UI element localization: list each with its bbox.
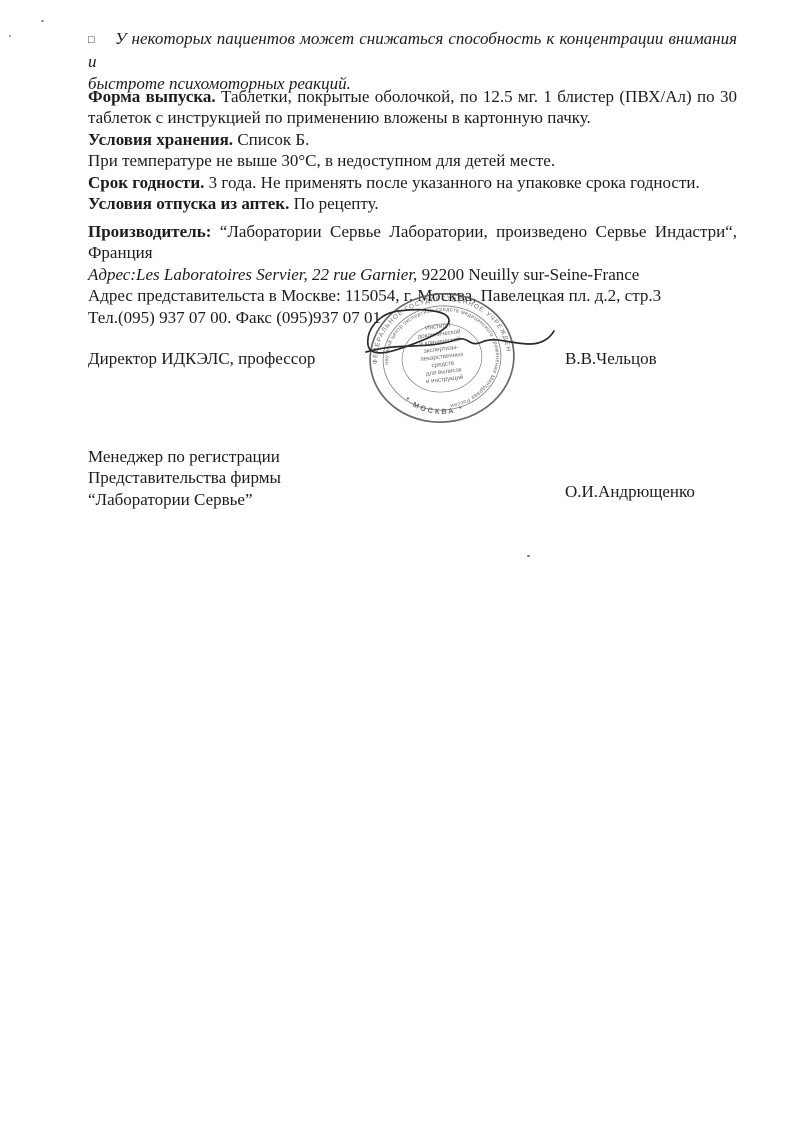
form-line-2: таблеток с инструкцией по применению вло… xyxy=(88,107,737,128)
producer-line-2: Франция xyxy=(88,242,737,263)
temperature-line: При температуре не выше 30°С, в недоступ… xyxy=(88,150,737,171)
form-label: Форма выпуска. xyxy=(88,87,216,106)
manager-title-1: Менеджер по регистрации xyxy=(88,446,737,467)
shelf-life-label: Срок годности. xyxy=(88,173,204,192)
dispense-label: Условия отпуска из аптек. xyxy=(88,194,289,213)
dispense-text: По рецепту. xyxy=(294,194,379,213)
square-bullet-icon: □ xyxy=(88,30,115,51)
storage-label: Условия хранения. xyxy=(88,130,233,149)
precaution-text-1: У некоторых пациентов может снижаться сп… xyxy=(88,29,737,71)
form-line-1: Форма выпуска. Таблетки, покрытые оболоч… xyxy=(88,86,737,107)
dispense-line: Условия отпуска из аптек. По рецепту. xyxy=(88,193,737,214)
storage-text: Список Б. xyxy=(237,130,309,149)
precaution-paragraph: □У некоторых пациентов может снижаться с… xyxy=(88,28,737,94)
shelf-life-text: 3 года. Не применять после указанного на… xyxy=(209,173,700,192)
stamp-body: ФЕДЕРАЛЬНОЕ ГОСУДАРСТВЕННОЕ УЧРЕЖДЕНИЕ н… xyxy=(330,278,521,436)
shelf-life-line: Срок годности. 3 года. Не применять посл… xyxy=(88,172,737,193)
scan-speck xyxy=(9,35,11,37)
storage-line: Условия хранения. Список Б. xyxy=(88,129,737,150)
precaution-line-1: □У некоторых пациентов может снижаться с… xyxy=(88,28,737,73)
director-name: В.В.Чельцов xyxy=(565,348,657,369)
producer-label: Производитель: xyxy=(88,222,211,241)
form-text: Таблетки, покрытые оболочкой, по 12.5 мг… xyxy=(221,87,737,106)
release-section: Форма выпуска. Таблетки, покрытые оболоч… xyxy=(88,86,737,214)
producer-text: “Лаборатории Сервье Лаборатории, произве… xyxy=(220,222,737,241)
scan-speck xyxy=(41,20,44,22)
manager-name: О.И.Андрющенко xyxy=(565,481,695,502)
scan-speck xyxy=(527,555,530,557)
document-page: □У некоторых пациентов может снижаться с… xyxy=(0,0,800,1132)
official-round-stamp: ФЕДЕРАЛЬНОЕ ГОСУДАРСТВЕННОЕ УЧРЕЖДЕНИЕ н… xyxy=(330,278,560,448)
producer-line-1: Производитель: “Лаборатории Сервье Лабор… xyxy=(88,221,737,242)
